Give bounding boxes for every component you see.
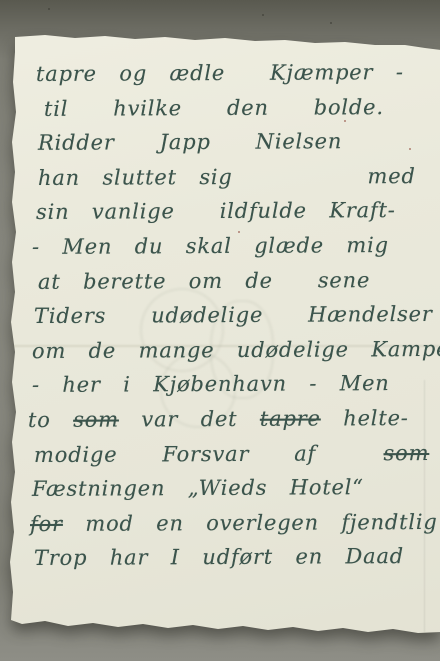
handwriting-text: - her i Kjøbenhavn - Men	[32, 371, 390, 397]
handwriting-text: Fæstningen „Wieds Hotel“	[32, 475, 364, 501]
handwriting-line: - her i Kjøbenhavn - Men	[32, 368, 390, 400]
handwriting-line: Trop har I udført en Daad	[34, 541, 404, 573]
handwriting-line: tapre og ædle Kjæmper -	[36, 57, 404, 89]
handwriting-text: Tiders udødelige Hændelser	[34, 302, 433, 328]
struck-word: tapre	[260, 406, 321, 430]
letter-page: tapre og ædle Kjæmper -til hvilke den bo…	[0, 0, 440, 661]
handwriting-text: om de mange udødelige Kampe	[32, 337, 440, 363]
handwriting-line: - Men du skal glæde mig	[32, 230, 389, 262]
handwriting-line: Fæstningen „Wieds Hotel“	[32, 472, 364, 504]
handwriting-text: mod en overlegen fjendtlig	[63, 510, 438, 536]
handwriting-line: han sluttet sig med	[38, 161, 416, 193]
handwriting-text: Trop har I udført en Daad	[34, 544, 404, 570]
handwriting-line: om de mange udødelige Kampe	[32, 334, 440, 366]
handwriting-line: at berette om de sene	[38, 265, 370, 297]
handwriting-text: tapre og ædle Kjæmper -	[36, 60, 404, 86]
handwriting-line: sin vanlige ildfulde Kraft-	[36, 195, 396, 227]
handwriting-text: Ridder Japp Nielsen	[38, 129, 342, 155]
handwriting-text: var det	[119, 407, 260, 432]
handwriting-text: helte-	[321, 406, 409, 430]
handwriting-line: til hvilke den bolde.	[44, 92, 384, 124]
handwriting-line: for mod en overlegen fjendtlig	[30, 507, 438, 539]
handwriting-line: modige Forsvar af som	[34, 438, 429, 470]
handwriting-text: at berette om de sene	[38, 268, 370, 294]
struck-word: for	[30, 512, 63, 536]
struck-word: som	[73, 408, 119, 432]
handwriting-text: - Men du skal glæde mig	[32, 233, 389, 259]
handwriting-text: han sluttet sig med	[38, 164, 416, 190]
scene: tapre og ædle Kjæmper -til hvilke den bo…	[0, 0, 440, 661]
handwriting-line: Ridder Japp Nielsen	[38, 126, 342, 158]
handwriting-block: tapre og ædle Kjæmper -til hvilke den bo…	[0, 0, 440, 661]
letter-page-wrapper: tapre og ædle Kjæmper -til hvilke den bo…	[0, 0, 440, 661]
struck-word: som	[383, 441, 429, 465]
handwriting-text: sin vanlige ildfulde Kraft-	[36, 198, 396, 224]
handwriting-line: to som var det tapre helte-	[28, 403, 409, 435]
handwriting-line: Tiders udødelige Hændelser	[34, 299, 433, 331]
handwriting-text: til hvilke den bolde.	[44, 95, 384, 121]
handwriting-text: to	[28, 408, 73, 432]
handwriting-text: modige Forsvar af	[34, 441, 384, 467]
